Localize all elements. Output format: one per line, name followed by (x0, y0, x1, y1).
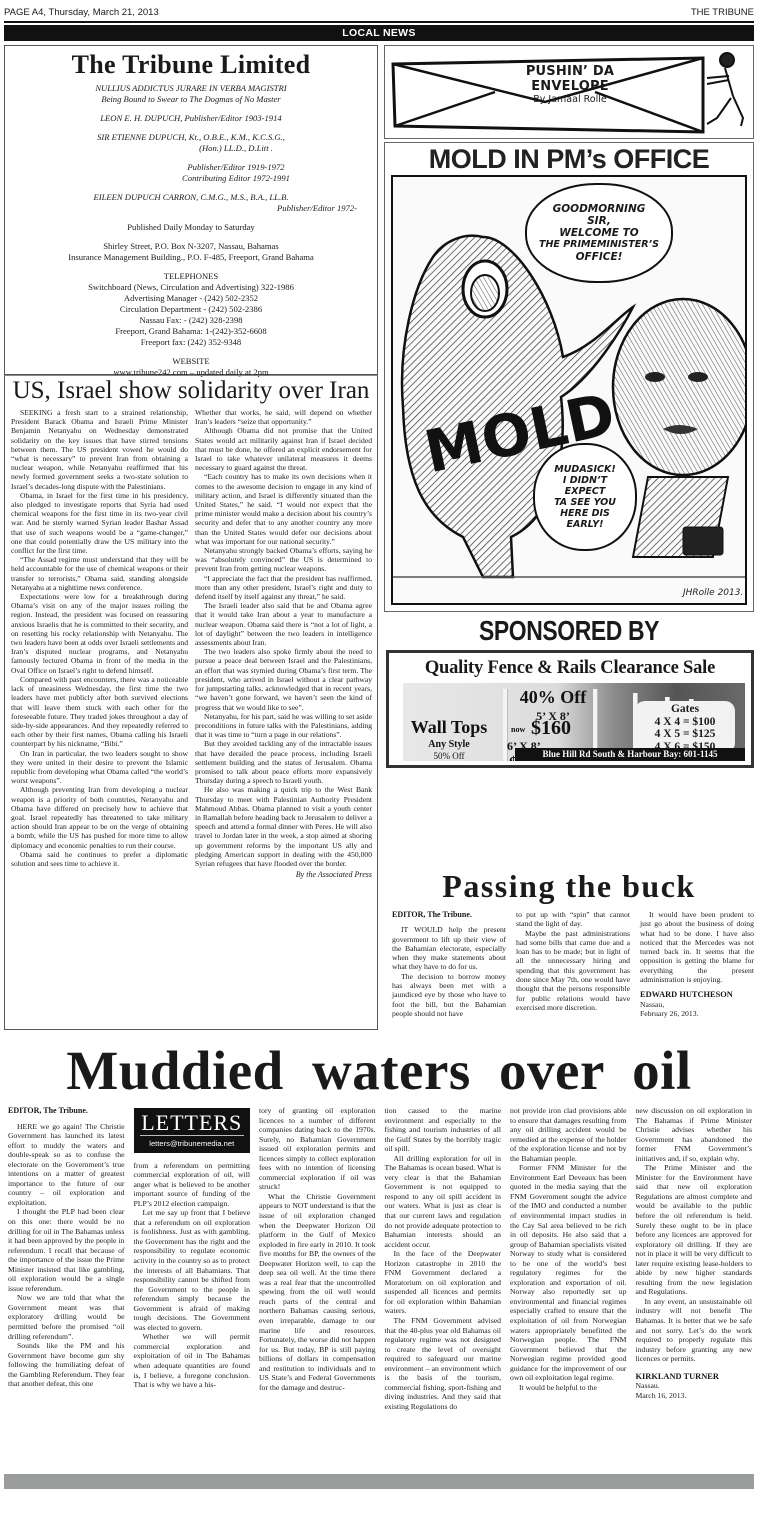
paragraph: The decision to borrow money has always … (392, 972, 506, 1018)
website-heading: WEBSITE (5, 356, 377, 367)
bubble-line: EARLY! (567, 519, 604, 530)
bubble-line: THE PRIMEMINISTER’S (539, 239, 659, 251)
envelope-byline: By Jamaal Rolle (495, 94, 645, 105)
paragraph: tory of granting oil exploration licence… (259, 1106, 376, 1192)
iran-article-headline: US, Israel show solidarity over Iran (4, 375, 378, 405)
sir-etienne-line2: (Hon.) LL.D., D.Litt . (5, 143, 377, 154)
telephone-line: Nassau Fax: - (242) 328-2398 (5, 315, 377, 326)
paragraph: In any event, an unsustainable oil indus… (636, 1297, 753, 1364)
paragraph: On Iran in particular, the two leaders s… (11, 749, 188, 786)
sir-etienne-role1: Publisher/Editor 1919-1972 (5, 162, 377, 173)
paragraph: IT WOULD help the present government to … (392, 925, 506, 971)
pushing-man-icon (707, 53, 743, 126)
letter-column: to put up with “spin” that cannot stand … (516, 910, 630, 1018)
price1-label: $160 (531, 717, 571, 740)
speech-bubble-pm: MUDASICK! I DIDN’T EXPECT TA SEE YOU HER… (533, 443, 637, 551)
paragraph: Compared with past encounters, there was… (11, 675, 188, 749)
paragraph: “I appreciate the fact that the presiden… (195, 574, 372, 602)
buck-letter-headline: Passing the buck (384, 866, 754, 906)
masthead-rule (4, 21, 754, 23)
paragraph: new discussion on oil exploration in The… (636, 1106, 753, 1163)
telephone-line: Freeport, Grand Bahama: 1-(242)-352-6608 (5, 326, 377, 337)
published-line: Published Daily Monday to Saturday (5, 222, 377, 233)
letter-date: February 26, 2013. (640, 1009, 754, 1018)
bubble-line: EXPECT (565, 486, 606, 497)
wall-discount-label: 50% Off (403, 751, 495, 761)
paragraph: SEEKING a fresh start to a strained rela… (11, 408, 188, 491)
paragraph: He also was making a quick trip to the W… (195, 785, 372, 868)
paragraph: In the face of the Deepwater Horizon cat… (385, 1249, 502, 1316)
gate-price: 4 X 4 = $100 (635, 716, 735, 729)
paragraph: Although Obama did not promise that the … (195, 426, 372, 472)
paper-name: THE TRIBUNE (691, 7, 754, 18)
letter-date: March 16, 2013. (636, 1391, 753, 1401)
cartoon-frame: MOLD JHRolle 2013. GOODMORNING SIR, WELC… (391, 175, 747, 605)
letter-place: Nassau. (636, 1381, 753, 1391)
gate-price: 4 X 5 = $125 (635, 728, 735, 741)
letter-column: It would have been prudent to just go ab… (640, 910, 754, 1018)
paragraph: The FNM Government advised that the 40-p… (385, 1316, 502, 1411)
article-byline: By the Associated Press (195, 870, 372, 879)
bubble-line: OFFICE! (576, 251, 623, 263)
letters-logo-word: LETTERS (140, 1111, 245, 1136)
iran-article-body: SEEKING a fresh start to a strained rela… (4, 405, 378, 1030)
speech-bubble-mold: GOODMORNING SIR, WELCOME TO THE PRIMEMIN… (525, 183, 673, 283)
paragraph: not provide iron clad provisions able to… (510, 1106, 627, 1163)
letter-signature: KIRKLAND TURNER (636, 1372, 753, 1382)
tribune-info-box: The Tribune Limited NULLIUS ADDICTUS JUR… (4, 45, 378, 375)
eileen-line2: Publisher/Editor 1972- (5, 203, 377, 214)
letter-signature: EDWARD HUTCHESON (640, 990, 754, 999)
paragraph: from a referendum on permitting commerci… (134, 1161, 251, 1209)
letter-column: tion caused to the marine environment an… (385, 1106, 502, 1412)
cartoon-signature: JHRolle 2013. (681, 588, 743, 598)
telephone-line: Switchboard (News, Circulation and Adver… (5, 282, 377, 293)
paragraph: All drilling exploration for oil in The … (385, 1154, 502, 1249)
bubble-line: WELCOME TO (559, 227, 638, 239)
fence-ad[interactable]: Quality Fence & Rails Clearance Sale Wal… (386, 650, 754, 768)
paragraph: HERE we go again! The Christie Governmen… (8, 1122, 125, 1208)
paragraph: Expectations were low for a breakthrough… (11, 592, 188, 675)
paragraph: Former FNM Minister for the Environment … (510, 1163, 627, 1383)
letter-salutation: EDITOR, The Tribune. (8, 1106, 125, 1116)
any-style-label: Any Style (403, 739, 495, 750)
paragraph: to put up with “spin” that cannot stand … (516, 910, 630, 929)
letter-column: tory of granting oil exploration licence… (259, 1106, 376, 1412)
paragraph: Now we are told that what the Government… (8, 1293, 125, 1341)
paragraph: Maybe the past administrations had some … (516, 929, 630, 1013)
letter-column: LETTERS letters@tribunemedia.net from a … (134, 1106, 251, 1412)
article-column: Whether that works, he said, will depend… (195, 408, 372, 1025)
sir-etienne-role2: Contributing Editor 1972-1991 (5, 173, 377, 184)
section-title: LOCAL NEWS (342, 27, 415, 39)
telephone-line: Freeport fax: (242) 352-9348 (5, 337, 377, 348)
article-column: SEEKING a fresh start to a strained rela… (11, 408, 188, 1025)
envelope-title: PUSHIN’ DA ENVELOPE (495, 64, 645, 94)
paragraph: The Israeli leader also said that he and… (195, 601, 372, 647)
motto: NULLIUS ADDICTUS JURARE IN VERBA MAGISTR… (5, 83, 377, 94)
letter-salutation: EDITOR, The Tribune. (392, 910, 506, 919)
paragraph: It would be helpful to the (510, 1383, 627, 1393)
ad-address-phone: Blue Hill Rd South & Harbour Bay: 601-11… (515, 748, 745, 761)
paragraph: The two leaders also spoke firmly about … (195, 647, 372, 711)
ad-title: Quality Fence & Rails Clearance Sale (389, 653, 751, 681)
telephone-line: Advertising Manager - (242) 502-2352 (5, 293, 377, 304)
section-bar: LOCAL NEWS (4, 25, 754, 41)
paragraph: Obama, in Israel for the first time in h… (11, 491, 188, 555)
paragraph: “The Assad regime must understand that t… (11, 555, 188, 592)
paragraph: But they avoided tackling any of the int… (195, 739, 372, 785)
gates-title: Gates (635, 703, 735, 716)
wall-tops-label: Wall Tops (403, 717, 495, 738)
editorial-cartoon: MOLD IN PM’s OFFICE MOLD (384, 142, 754, 612)
bubble-line: GOODMORNING (553, 203, 646, 215)
bubble-line: TA SEE YOU (554, 497, 616, 508)
sponsored-by-label: SPONSORED BY (417, 615, 720, 651)
bubble-line: SIR, (587, 215, 611, 227)
letter-column: not provide iron clad provisions able to… (510, 1106, 627, 1412)
pushin-da-envelope-banner: PUSHIN’ DA ENVELOPE By Jamaal Rolle (384, 45, 754, 139)
motto-translation: Being Bound to Swear to The Dogmas of No… (5, 94, 377, 105)
paragraph: Whether we will permit commercial explor… (134, 1332, 251, 1389)
address-freeport: Insurance Management Building., P.O. F-4… (5, 252, 377, 263)
paragraph: Netanyahu, for his part, said he was wil… (195, 712, 372, 740)
page-info: PAGE A4, Thursday, March 21, 2013 (4, 7, 159, 18)
letter-column: EDITOR, The Tribune. HERE we go again! T… (8, 1106, 125, 1412)
percent-off-label: 40% Off (513, 687, 593, 708)
paragraph: What the Christie Government appears to … (259, 1192, 376, 1392)
telephone-line: Circulation Department - (242) 502-2386 (5, 304, 377, 315)
bubble-line: I DIDN’T (563, 475, 607, 486)
sir-etienne-line1: SIR ETIENNE DUPUCH, Kt., O.B.E., K.M., K… (5, 132, 377, 143)
paragraph: Obama said he continues to prefer a dipl… (11, 850, 188, 868)
gates-price-box: Gates 4 X 4 = $100 4 X 5 = $125 4 X 6 = … (635, 701, 735, 753)
bubble-line: HERE DIS (560, 508, 610, 519)
fence-photo: Wall Tops Any Style 50% Off 40% Off 5’ X… (403, 683, 745, 761)
telephones-heading: TELEPHONES (5, 271, 377, 282)
letter-column: EDITOR, The Tribune. IT WOULD help the p… (392, 910, 506, 1018)
paragraph: Although preventing Iran from developing… (11, 785, 188, 849)
paragraph: tion caused to the marine environment an… (385, 1106, 502, 1154)
now-label: now (511, 725, 525, 734)
paragraph: The Prime Minister and the Minister for … (636, 1163, 753, 1297)
oil-letter-headline: Muddied waters over oil (4, 1040, 754, 1102)
paragraph: I thought the PLP had been clear on this… (8, 1207, 125, 1293)
masthead: PAGE A4, Thursday, March 21, 2013 THE TR… (4, 4, 754, 20)
paragraph: Whether that works, he said, will depend… (195, 408, 372, 426)
bubble-line: MUDASICK! (554, 464, 615, 475)
paragraph: Sounds like the PM and his Government ha… (8, 1341, 125, 1389)
letters-email-link[interactable]: letters@tribunemedia.net (136, 1139, 249, 1149)
tribune-title: The Tribune Limited (5, 50, 377, 80)
paragraph: Netanyahu strongly backed Obama’s effort… (195, 546, 372, 574)
paragraph: Let me say up front that I believe that … (134, 1208, 251, 1332)
oil-letter-body: EDITOR, The Tribune. HERE we go again! T… (8, 1106, 752, 1412)
footer-bar (4, 1474, 754, 1489)
paragraph: “Each country has to make its own decisi… (195, 472, 372, 546)
address-nassau: Shirley Street, P.O. Box N-3207, Nassau,… (5, 241, 377, 252)
buck-letter-body: EDITOR, The Tribune. IT WOULD help the p… (392, 910, 754, 1018)
paragraph: It would have been prudent to just go ab… (640, 910, 754, 984)
letter-column: new discussion on oil exploration in The… (636, 1106, 753, 1412)
letter-place: Nassau, (640, 1000, 754, 1009)
cartoon-title: MOLD IN PM’s OFFICE (385, 143, 753, 173)
founder-line: LEON E. H. DUPUCH, Publisher/Editor 1903… (5, 113, 377, 124)
eileen-line1: EILEEN DUPUCH CARRON, C.M.G., M.S., B.A.… (5, 192, 377, 203)
letters-logo: LETTERS letters@tribunemedia.net (134, 1108, 251, 1153)
